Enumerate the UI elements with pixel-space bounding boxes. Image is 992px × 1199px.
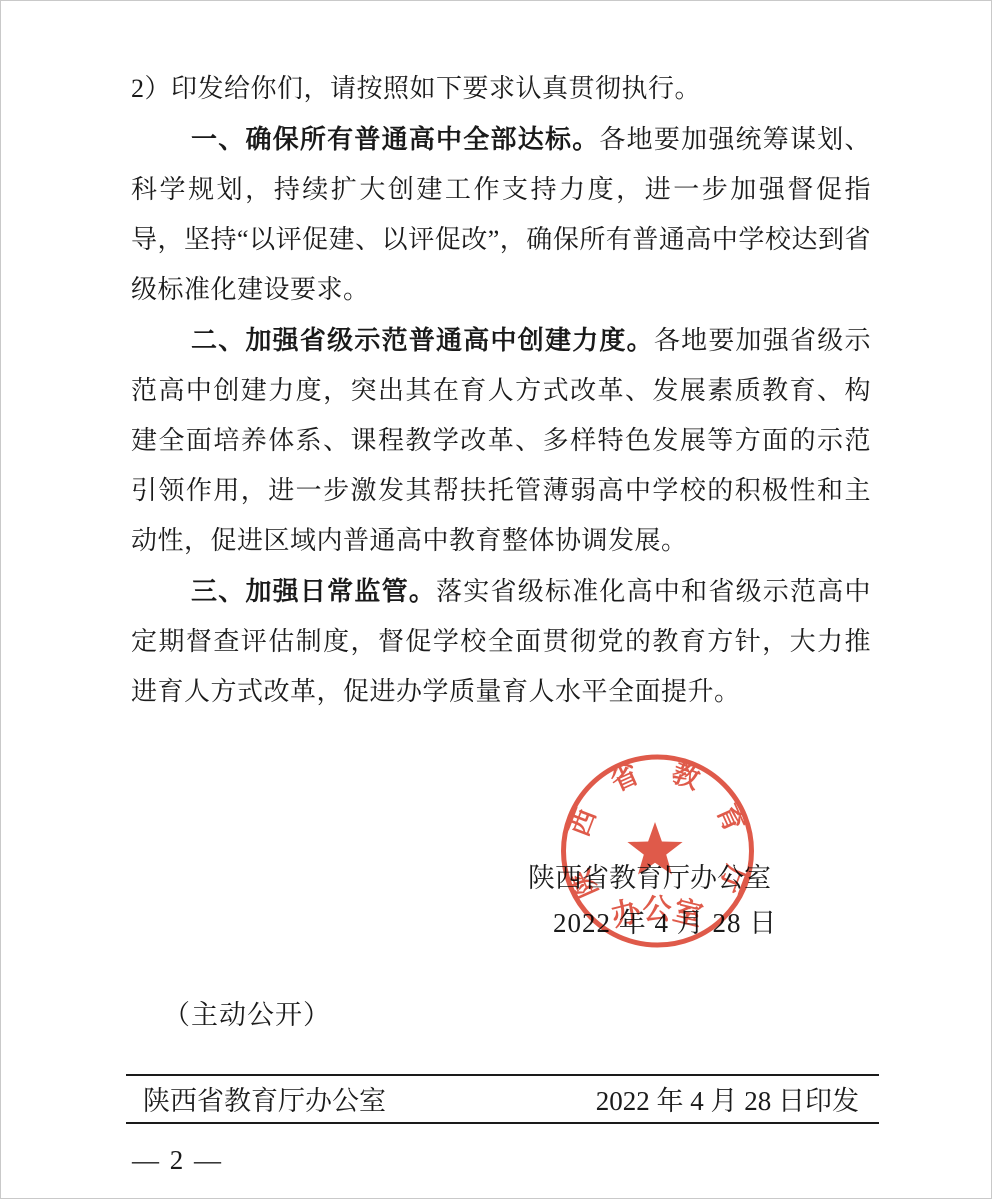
paragraph-text: 各地要加强省级示范高中创建力度，突出其在育人方式改革、发展素质教育、构建全面培养… [131, 326, 871, 555]
footer-issuer: 陕西省教育厅办公室 [143, 1084, 386, 1118]
footer-rule-top [126, 1074, 879, 1076]
signature-date: 2022 年 4 月 28 日 [553, 909, 777, 937]
section-heading: 二、加强省级示范普通高中创建力度。 [191, 325, 654, 355]
document-body: 2）印发给你们，请按照如下要求认真贯彻执行。 一、确保所有普通高中全部达标。各地… [131, 64, 871, 717]
page-number: — 2 — [132, 1145, 223, 1175]
document-page: 2）印发给你们，请按照如下要求认真贯彻执行。 一、确保所有普通高中全部达标。各地… [0, 0, 992, 1199]
footer-rule-bottom [126, 1122, 879, 1124]
paragraph-section-1: 一、确保所有普通高中全部达标。各地要加强统筹谋划、科学规划，持续扩大创建工作支持… [131, 114, 871, 315]
section-heading: 三、加强日常监管。 [191, 576, 436, 606]
footer-print-date: 2022 年 4 月 28 日印发 [596, 1084, 859, 1118]
disclosure-note: （主动公开） [163, 999, 331, 1031]
paragraph-text: 2）印发给你们，请按照如下要求认真贯彻执行。 [131, 74, 701, 103]
paragraph-intro: 2）印发给你们，请按照如下要求认真贯彻执行。 [131, 64, 871, 114]
section-heading: 一、确保所有普通高中全部达标。 [191, 124, 599, 154]
paragraph-section-2: 二、加强省级示范普通高中创建力度。各地要加强省级示范高中创建力度，突出其在育人方… [131, 315, 871, 566]
paragraph-section-3: 三、加强日常监管。落实省级标准化高中和省级示范高中定期督查评估制度，督促学校全面… [131, 566, 871, 717]
signature-org: 陕西省教育厅办公室 [528, 863, 771, 893]
footer-row: 陕西省教育厅办公室 2022 年 4 月 28 日印发 [126, 1084, 879, 1118]
